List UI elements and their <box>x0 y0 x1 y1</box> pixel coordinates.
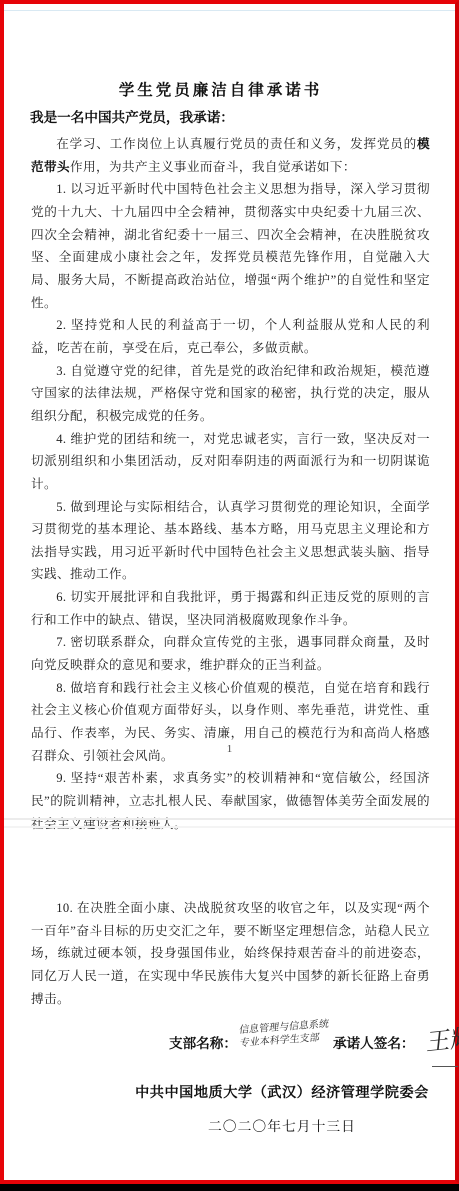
signature-underline <box>432 1066 458 1067</box>
commitment-item-7: 7. 密切联系群众，向群众宣传党的主张，遇事同群众商量，及时向党反映群众的意见和… <box>31 631 430 676</box>
commitment-item-3: 3. 自觉遵守党的纪律，首先是党的政治纪律和政治规矩，模范遵守国家的法律法规，严… <box>31 360 430 428</box>
page1-body: 在学习、工作岗位上认真履行党员的责任和义务，发挥党员的模范带头作用，为共产主义事… <box>31 133 430 835</box>
date-line: 二〇二〇年七月十三日 <box>122 1115 442 1135</box>
commitment-item-10: 10. 在决胜全面小康、决战脱贫攻坚的收官之年，以及实现“两个一百年”奋斗目标的… <box>31 897 430 1010</box>
commitment-item-2: 2. 坚持党和人民的利益高于一切，个人利益服从党和人民的利益，吃苦在前，享受在后… <box>31 314 430 359</box>
signer-label: 承诺人签名： <box>333 1022 415 1052</box>
signature-handwritten: 王辉 <box>425 1017 459 1058</box>
document-title: 学生党员廉洁自律承诺书 <box>4 78 437 100</box>
branch-name-label: 支部名称： <box>169 1022 237 1052</box>
page-separator-line-2 <box>4 826 455 828</box>
top-blue-line <box>4 10 455 11</box>
branch-name-handwritten: 信息管理与信息系统 专业本科学生支部 <box>237 1016 330 1051</box>
org-line: 中共中国地质大学（武汉）经济管理学院委会 <box>122 1082 442 1102</box>
bottom-bar <box>0 1184 459 1191</box>
opening-line: 我是一名中国共产党员，我承诺： <box>30 106 431 126</box>
commitment-item-4: 4. 维护党的团结和统一，对党忠诚老实，言行一致，坚决反对一切派别组织和小集团活… <box>31 428 430 496</box>
intro-paragraph: 在学习、工作岗位上认真履行党员的责任和义务，发挥党员的模范带头作用，为共产主义事… <box>31 133 430 178</box>
commitment-item-5: 5. 做到理论与实际相结合，认真学习贯彻党的理论知识，全面学习贯彻党的基本理论、… <box>31 496 430 587</box>
commitment-item-1: 1. 以习近平新时代中国特色社会主义思想为指导，深入学习贯彻党的十九大、十九届四… <box>31 178 430 314</box>
page-separator-line-1 <box>4 818 455 820</box>
commitment-item-6: 6. 切实开展批评和自我批评，勇于揭露和纠正违反党的原则的言行和工作中的缺点、错… <box>31 586 430 631</box>
page2-body: 10. 在决胜全面小康、决战脱贫攻坚的收官之年，以及实现“两个一百年”奋斗目标的… <box>31 897 430 1010</box>
intro-text-after: 作用，为共产主义事业而奋斗，我自觉承诺如下： <box>70 160 356 174</box>
document-page: 学生党员廉洁自律承诺书 我是一名中国共产党员，我承诺： 在学习、工作岗位上认真履… <box>0 0 459 1184</box>
signature-row: 支部名称： 信息管理与信息系统 专业本科学生支部 承诺人签名： 王辉 <box>169 1022 455 1057</box>
page-number: 1 <box>4 743 455 755</box>
intro-text-before: 在学习、工作岗位上认真履行党员的责任和义务，发挥党员的 <box>56 137 417 151</box>
